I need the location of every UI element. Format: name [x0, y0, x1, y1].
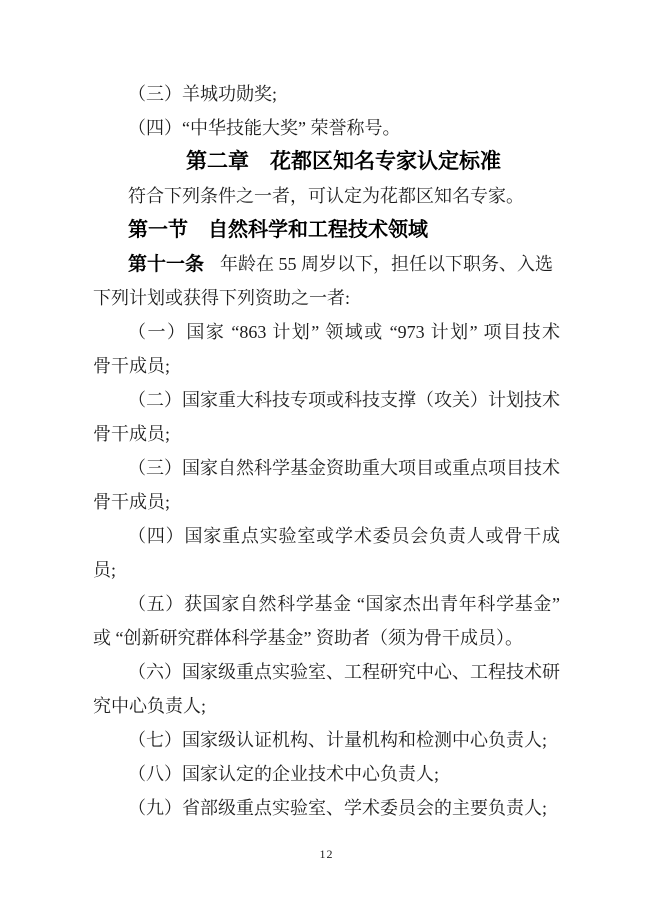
- doc-line: （四）国家重点实验室或学术委员会负责人或骨干成: [93, 519, 560, 553]
- doc-line: 符合下列条件之一者，可认定为花都区知名专家。: [93, 179, 560, 213]
- doc-line: 骨干成员;: [93, 349, 560, 383]
- doc-line: 骨干成员;: [93, 485, 560, 519]
- doc-line: （七）国家级认证机构、计量机构和检测中心负责人;: [93, 723, 560, 757]
- doc-line: （四）“中华技能大奖” 荣誉称号。: [93, 111, 560, 145]
- article-line: 第十一条年龄在 55 周岁以下，担任以下职务、入选: [93, 247, 560, 281]
- document-page: （三）羊城功勋奖; （四）“中华技能大奖” 荣誉称号。 第二章 花都区知名专家认…: [0, 0, 650, 913]
- doc-line: （三）国家自然科学基金资助重大项目或重点项目技术: [93, 451, 560, 485]
- doc-line: 员;: [93, 553, 560, 587]
- doc-line: 骨干成员;: [93, 417, 560, 451]
- doc-line: （三）羊城功勋奖;: [93, 77, 560, 111]
- doc-line: （二）国家重大科技专项或科技支撑（攻关）计划技术: [93, 383, 560, 417]
- doc-line: （九）省部级重点实验室、学术委员会的主要负责人;: [93, 791, 560, 825]
- doc-line: 下列计划或获得下列资助之一者:: [93, 281, 560, 315]
- doc-line: （五）获国家自然科学基金 “国家杰出青年科学基金”: [93, 587, 560, 621]
- doc-line: （一）国家 “863 计划” 领域或 “973 计划” 项目技术: [93, 315, 560, 349]
- chapter-heading: 第二章 花都区知名专家认定标准: [110, 145, 577, 179]
- doc-line: 究中心负责人;: [93, 689, 560, 723]
- section-heading: 第一节 自然科学和工程技术领域: [93, 213, 560, 247]
- article-line-text: 年龄在 55 周岁以下，担任以下职务、入选: [220, 254, 553, 274]
- doc-line: 或 “创新研究群体科学基金” 资助者（须为骨干成员）。: [93, 621, 560, 655]
- page-number: 12: [93, 847, 560, 862]
- doc-line: （六）国家级重点实验室、工程研究中心、工程技术研: [93, 655, 560, 689]
- article-number-label: 第十一条: [128, 254, 204, 275]
- doc-line: （八）国家认定的企业技术中心负责人;: [93, 757, 560, 791]
